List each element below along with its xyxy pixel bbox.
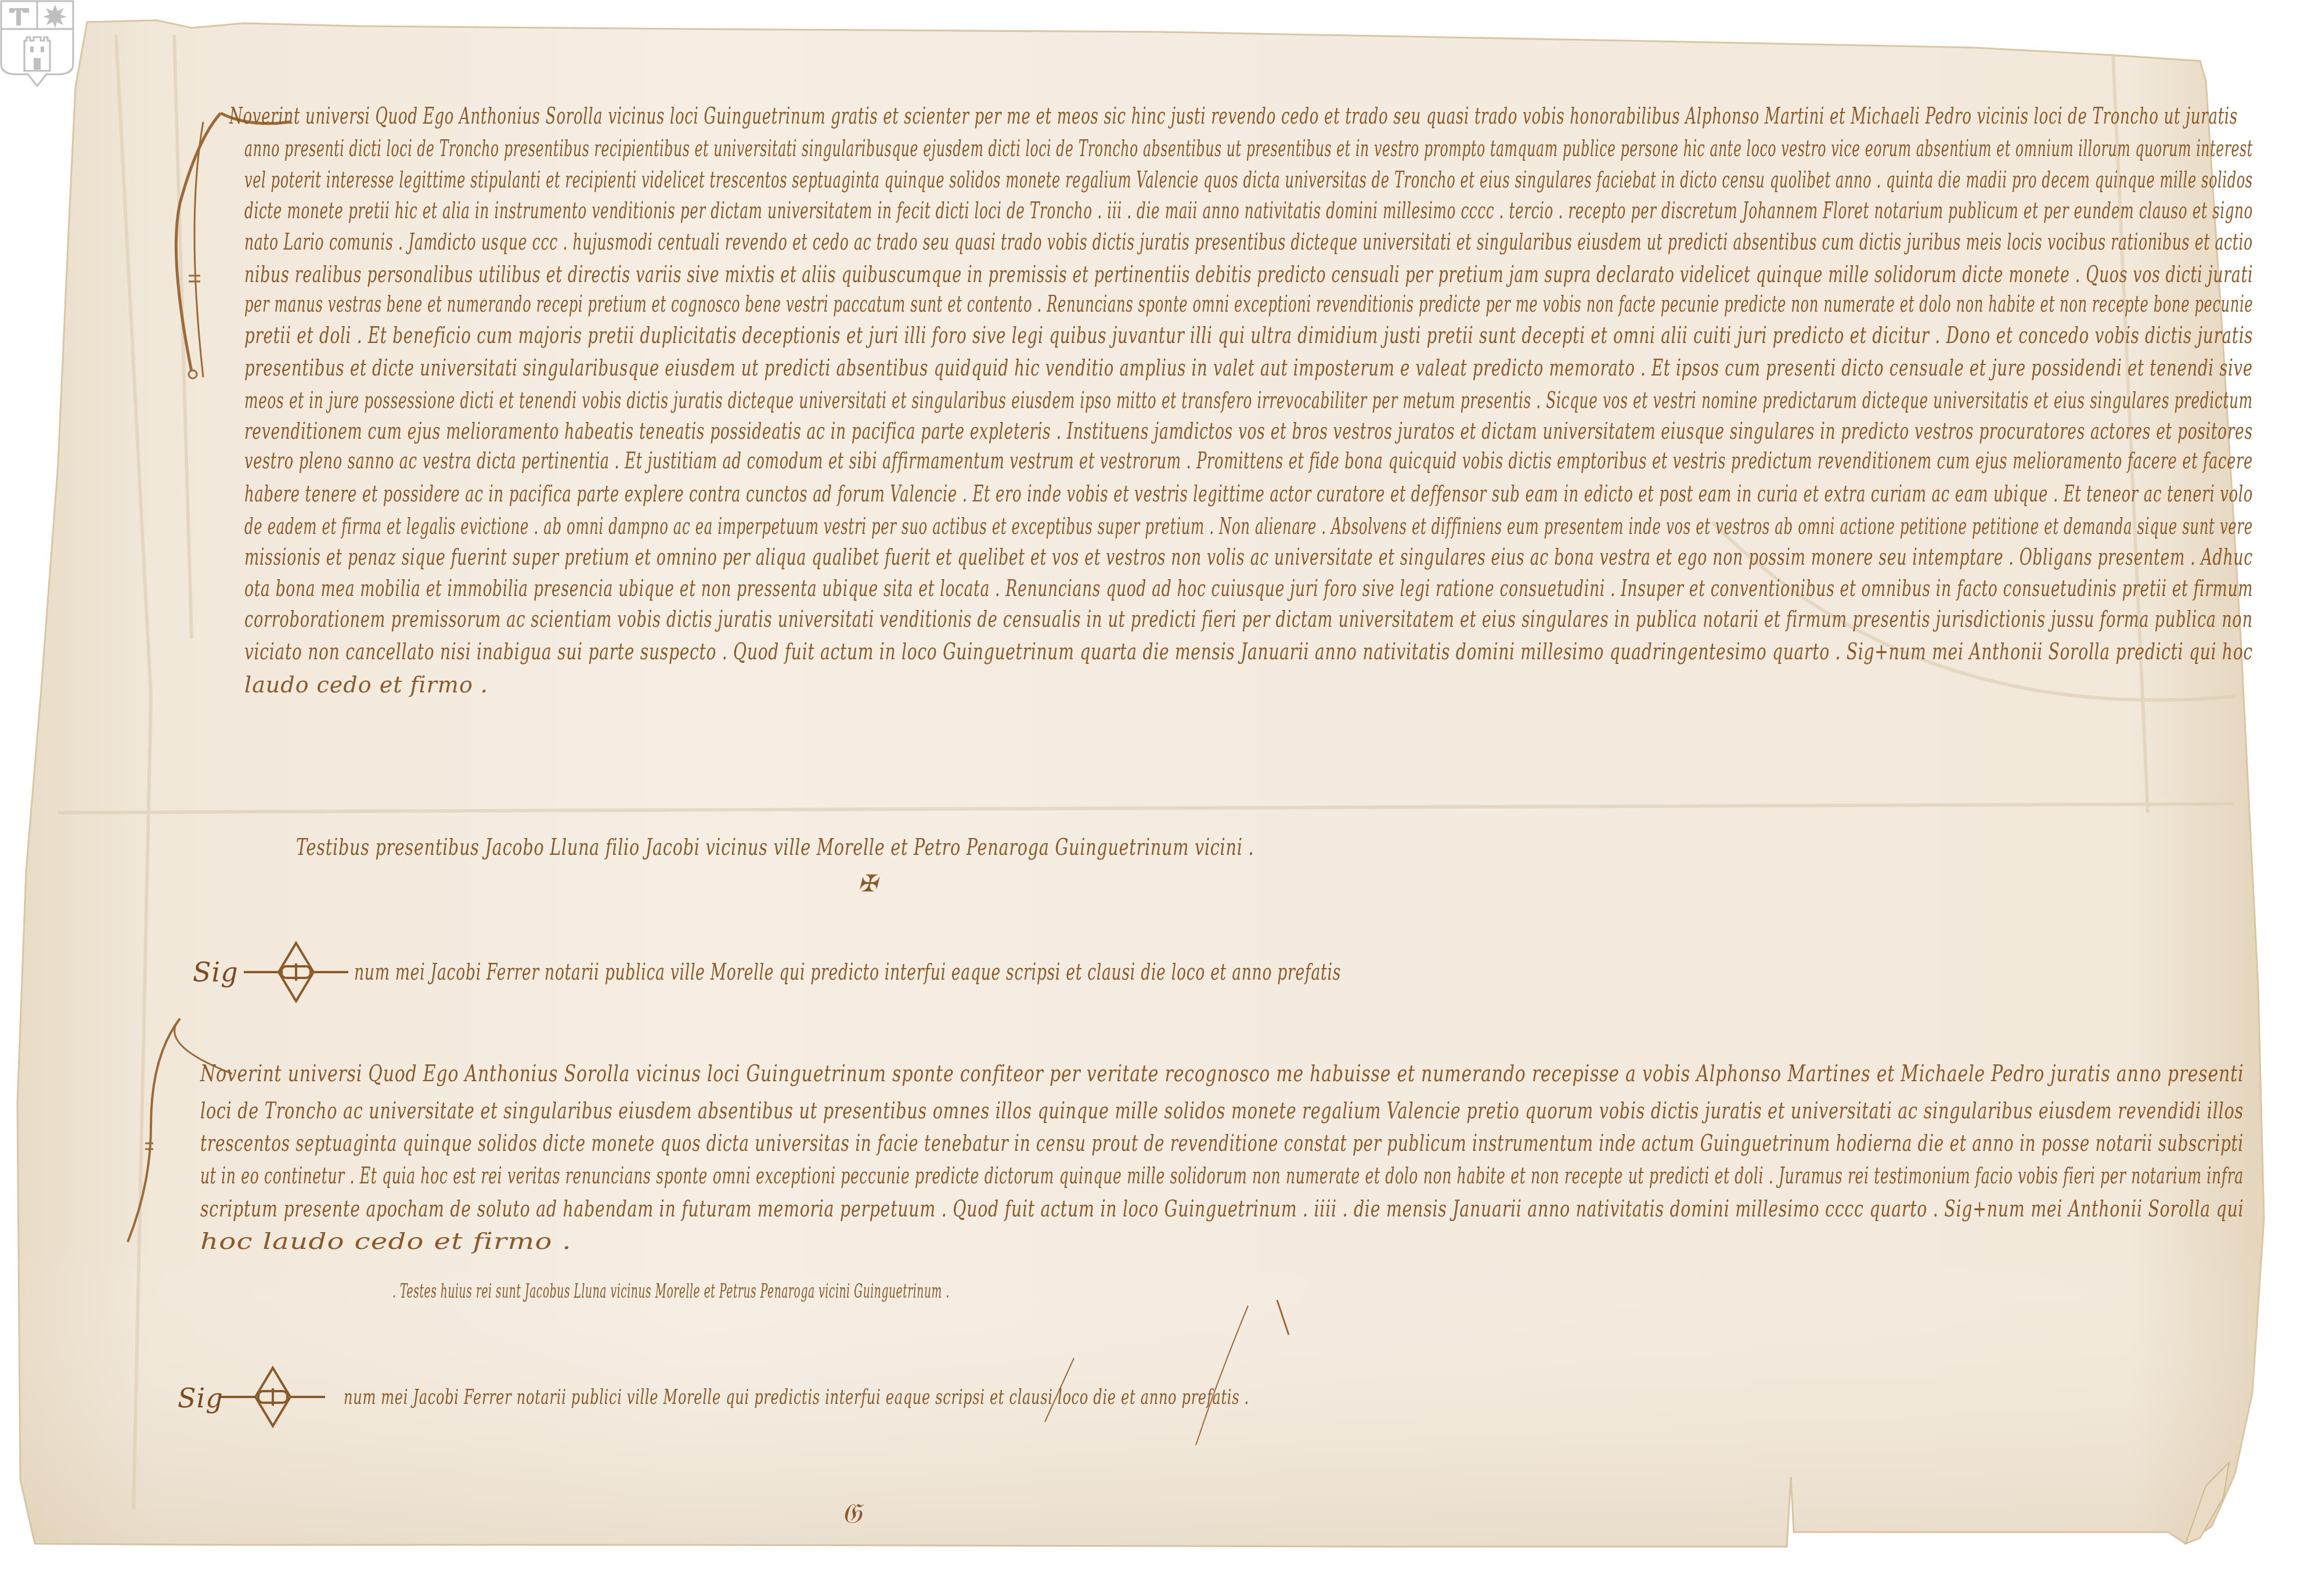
star-icon — [43, 5, 67, 28]
block1-line: Noverint universi Quod Ego Anthonius Sor… — [229, 104, 2238, 128]
witnesses-line-1: Testibus presentibus Jacobo Lluna filio … — [296, 836, 1254, 859]
block2-line: hoc laudo cedo et firmo . — [200, 1230, 572, 1253]
scribe-mark: 𝔊 — [842, 1497, 861, 1530]
block1-line: revenditionem cum ejus melioramento habe… — [244, 420, 2253, 443]
block1-line: vel poterit interesse legittime stipulan… — [244, 168, 2253, 192]
notarial-sign-icon — [221, 1365, 325, 1429]
parchment-sheet: Noverint universi Quod Ego Anthonius Sor… — [0, 0, 2322, 1596]
block1-line: missionis et penaz sique fuerint super p… — [244, 546, 2253, 569]
block1-line: vestro pleno sanno ac vestra dicta perti… — [244, 449, 2253, 472]
small-mark: ✠ — [858, 871, 878, 897]
block1-line: anno presenti dicti loci de Troncho pres… — [244, 137, 2253, 160]
block1-line: per manus vestras bene et numerando rece… — [244, 293, 2253, 316]
witnesses-line-2: . Testes huius rei sunt Jacobus Lluna vi… — [392, 1281, 950, 1301]
notarial-sign-icon — [244, 940, 348, 1004]
block2-line: Noverint universi Quod Ego Anthonius Sor… — [200, 1062, 2244, 1085]
block1-line: laudo cedo et firmo . — [244, 673, 488, 696]
signum-label-1: Sig — [193, 959, 239, 985]
block1-line: nibus realibus personalibus utilibus et … — [244, 263, 2253, 286]
block1-line: viciato non cancellato nisi inabigua sui… — [244, 640, 2253, 663]
block1-line: nato Lario comunis . Jamdicto usque ccc … — [244, 230, 2253, 254]
block2-line: scriptum presente apocham de soluto ad h… — [200, 1197, 2244, 1221]
block2-line: trescentos septuaginta quinque solidos d… — [200, 1132, 2244, 1155]
block1-line: meos et in jure possessione dicti et ten… — [244, 389, 2253, 412]
block1-line: ota bona mea mobilia et immobilia presen… — [244, 577, 2253, 600]
block1-line: pretii et doli . Et beneficio cum majori… — [244, 324, 2253, 347]
signum-label-2: Sig — [178, 1385, 223, 1411]
block1-line: dicte monete pretii hic et alia in instr… — [244, 199, 2253, 222]
signature-flourish — [871, 1288, 1393, 1463]
coat-of-arms-icon — [0, 0, 74, 87]
signum-text-1: num mei Jacobi Ferrer notarii publica vi… — [354, 961, 1341, 984]
t-cross-icon — [9, 8, 29, 26]
block2-line: ut in eo continetur . Et quia hoc est re… — [200, 1164, 2244, 1187]
block1-line: habere tenere et possidere ac in pacific… — [244, 482, 2253, 505]
block2-line: loci de Troncho ac universitate et singu… — [200, 1099, 2244, 1122]
block1-line: de eadem et firma et legalis evictione .… — [244, 515, 2253, 538]
block1-line: presentibus et dicte universitati singul… — [244, 356, 2253, 380]
block1-line: corroborationem premissorum ac scientiam… — [244, 608, 2253, 631]
